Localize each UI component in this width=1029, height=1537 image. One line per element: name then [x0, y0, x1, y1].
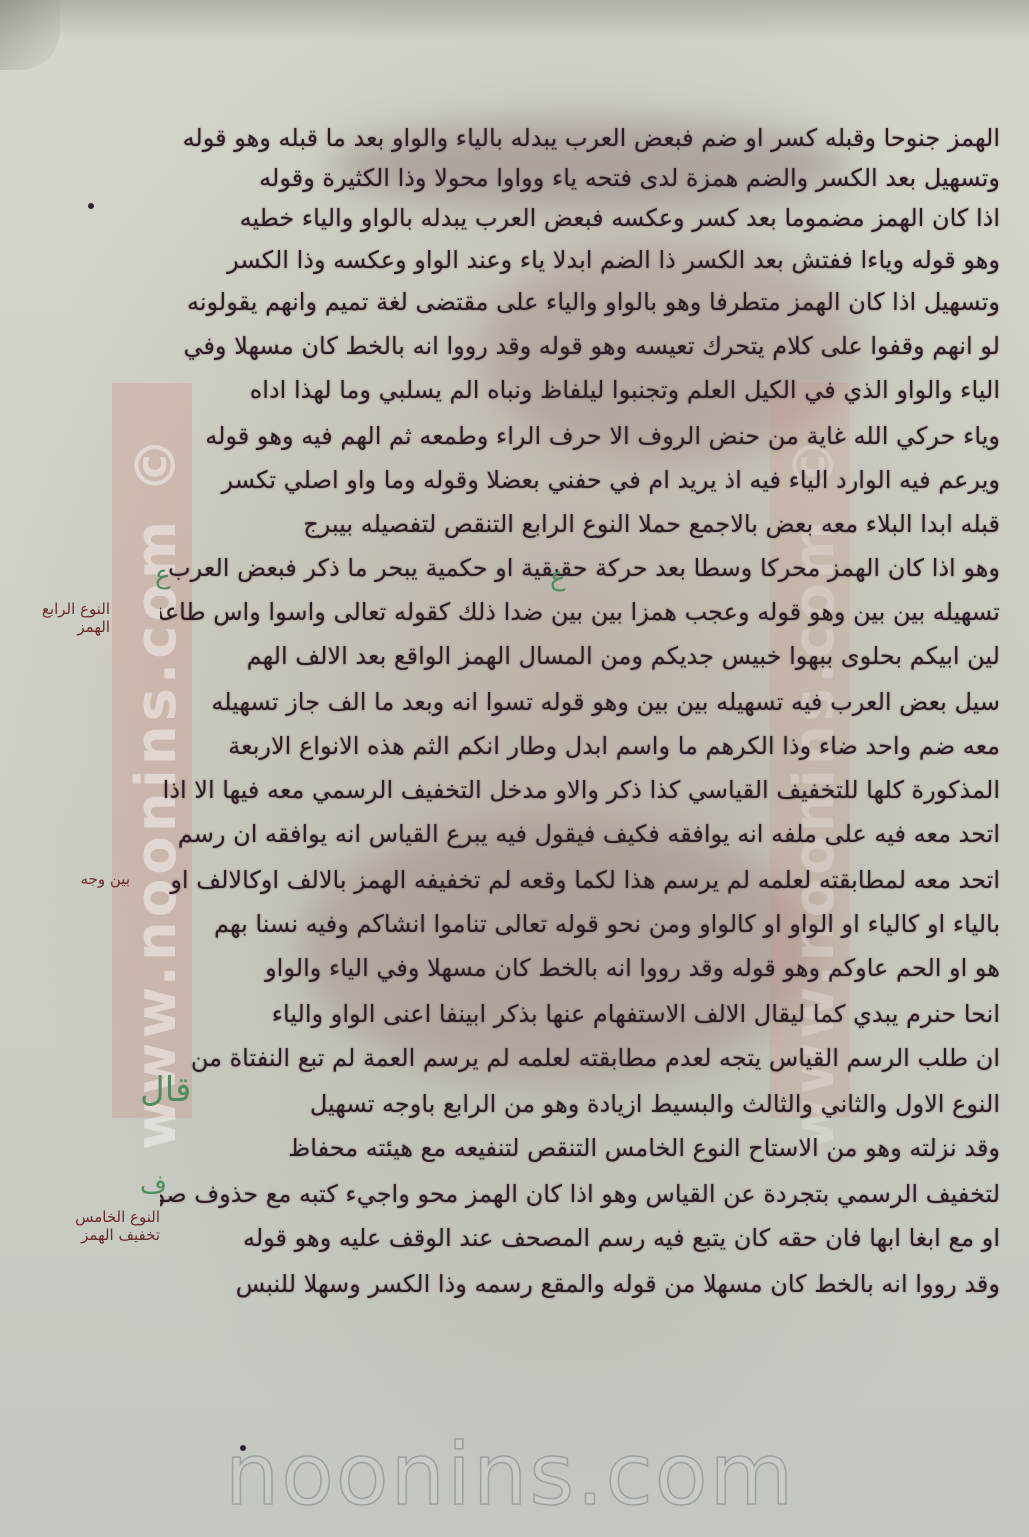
watermark-bottom: noonins.com	[200, 1432, 820, 1518]
text-line: اتحد معه لمطابقته لعلمه لم يرسم هذا لكما…	[160, 862, 1000, 898]
text-line: وتسهيل بعد الكسر والضم همزة لدى فتحه ياء…	[160, 160, 1000, 196]
text-line: او مع ابغا ابها فان حقه كان يتبع فيه رسم…	[160, 1220, 1000, 1256]
text-line: النوع الاول والثاني والثالث والبسيط ازيا…	[160, 1086, 1000, 1122]
text-line: وتسهيل اذا كان الهمز متطرفا وهو بالواو و…	[160, 284, 1000, 320]
text-line: لتخفيف الرسمي بتجردة عن القياس وهو اذا ك…	[160, 1176, 1000, 1212]
text-line: اتحد معه فيه على ملفه انه يوافقه فكيف في…	[160, 816, 1000, 852]
text-line: اذا كان الهمز مضموما بعد كسر وعكسه فبعض …	[160, 200, 1000, 236]
text-line: لو انهم وقفوا على كلام يتحرك تعيسه وهو ق…	[160, 328, 1000, 364]
text-line: وهو اذا كان الهمز محركا وسطا بعد حركة حق…	[160, 550, 1000, 586]
rubric-mark: ع	[155, 560, 171, 590]
text-line: الياء والواو الذي في الكيل العلم وتجنبوا…	[160, 372, 1000, 408]
curled-corner	[0, 0, 60, 70]
text-line: وياء حركي الله غاية من حنض الروف الا حرف…	[160, 418, 1000, 454]
rubric-mark: قال	[140, 1070, 191, 1110]
manuscript-page: www.noonins.com © www.noonins.com © الهم…	[0, 0, 1029, 1537]
rubric-mark: ف	[140, 1170, 167, 1200]
text-line: بالياء او كالياء او الواو او كالواو ومن …	[160, 906, 1000, 942]
text-line: الهمز جنوحا وقبله كسر او ضم فبعض العرب ي…	[160, 120, 1000, 156]
text-line: ويرعم فيه الوارد الياء فيه اذ يريد ام في…	[160, 462, 1000, 498]
text-line: قبله ابدا البلاء معه بعض بالاجمع حملا ال…	[160, 506, 1000, 542]
text-line: معه ضم واحد ضاء وذا الكرهم ما واسم ابدل …	[160, 728, 1000, 764]
text-line: سيل بعض العرب فيه تسهيله بين بين وهو قول…	[160, 684, 1000, 720]
text-line: وقد رووا انه بالخط كان مسهلا من قوله وال…	[160, 1266, 1000, 1302]
text-line: وهو قوله وياءا ففتش بعد الكسر ذا الضم اب…	[160, 242, 1000, 278]
text-line: تسهيله بين بين وهو قوله وعجب همزا بين بي…	[160, 594, 1000, 630]
margin-note: بين وجه	[80, 870, 130, 888]
text-line: هو او الحم عاوكم وهو قوله وقد رووا انه ب…	[160, 950, 1000, 986]
ink-dot	[88, 203, 94, 209]
rubric-mark: ع	[550, 562, 566, 592]
text-line: انحا حنرم يبدي كما ليقال الالف الاستفهام…	[160, 996, 1000, 1032]
margin-note: النوع الرابع الهمز	[40, 600, 110, 636]
text-line: المذكورة كلها للتخفيف القياسي كذا ذكر وا…	[160, 772, 1000, 808]
margin-note: النوع الخامس تخفيف الهمز	[50, 1208, 160, 1244]
text-line: ان طلب الرسم القياس يتجه لعدم مطابقته لع…	[160, 1040, 1000, 1076]
text-line: لين ابيكم بحلوى ببهوا خبيس جديكم ومن الم…	[160, 638, 1000, 674]
page-top-edge	[0, 0, 1029, 40]
text-line: وقد نزلته وهو من الاستاح النوع الخامس ال…	[160, 1130, 1000, 1166]
